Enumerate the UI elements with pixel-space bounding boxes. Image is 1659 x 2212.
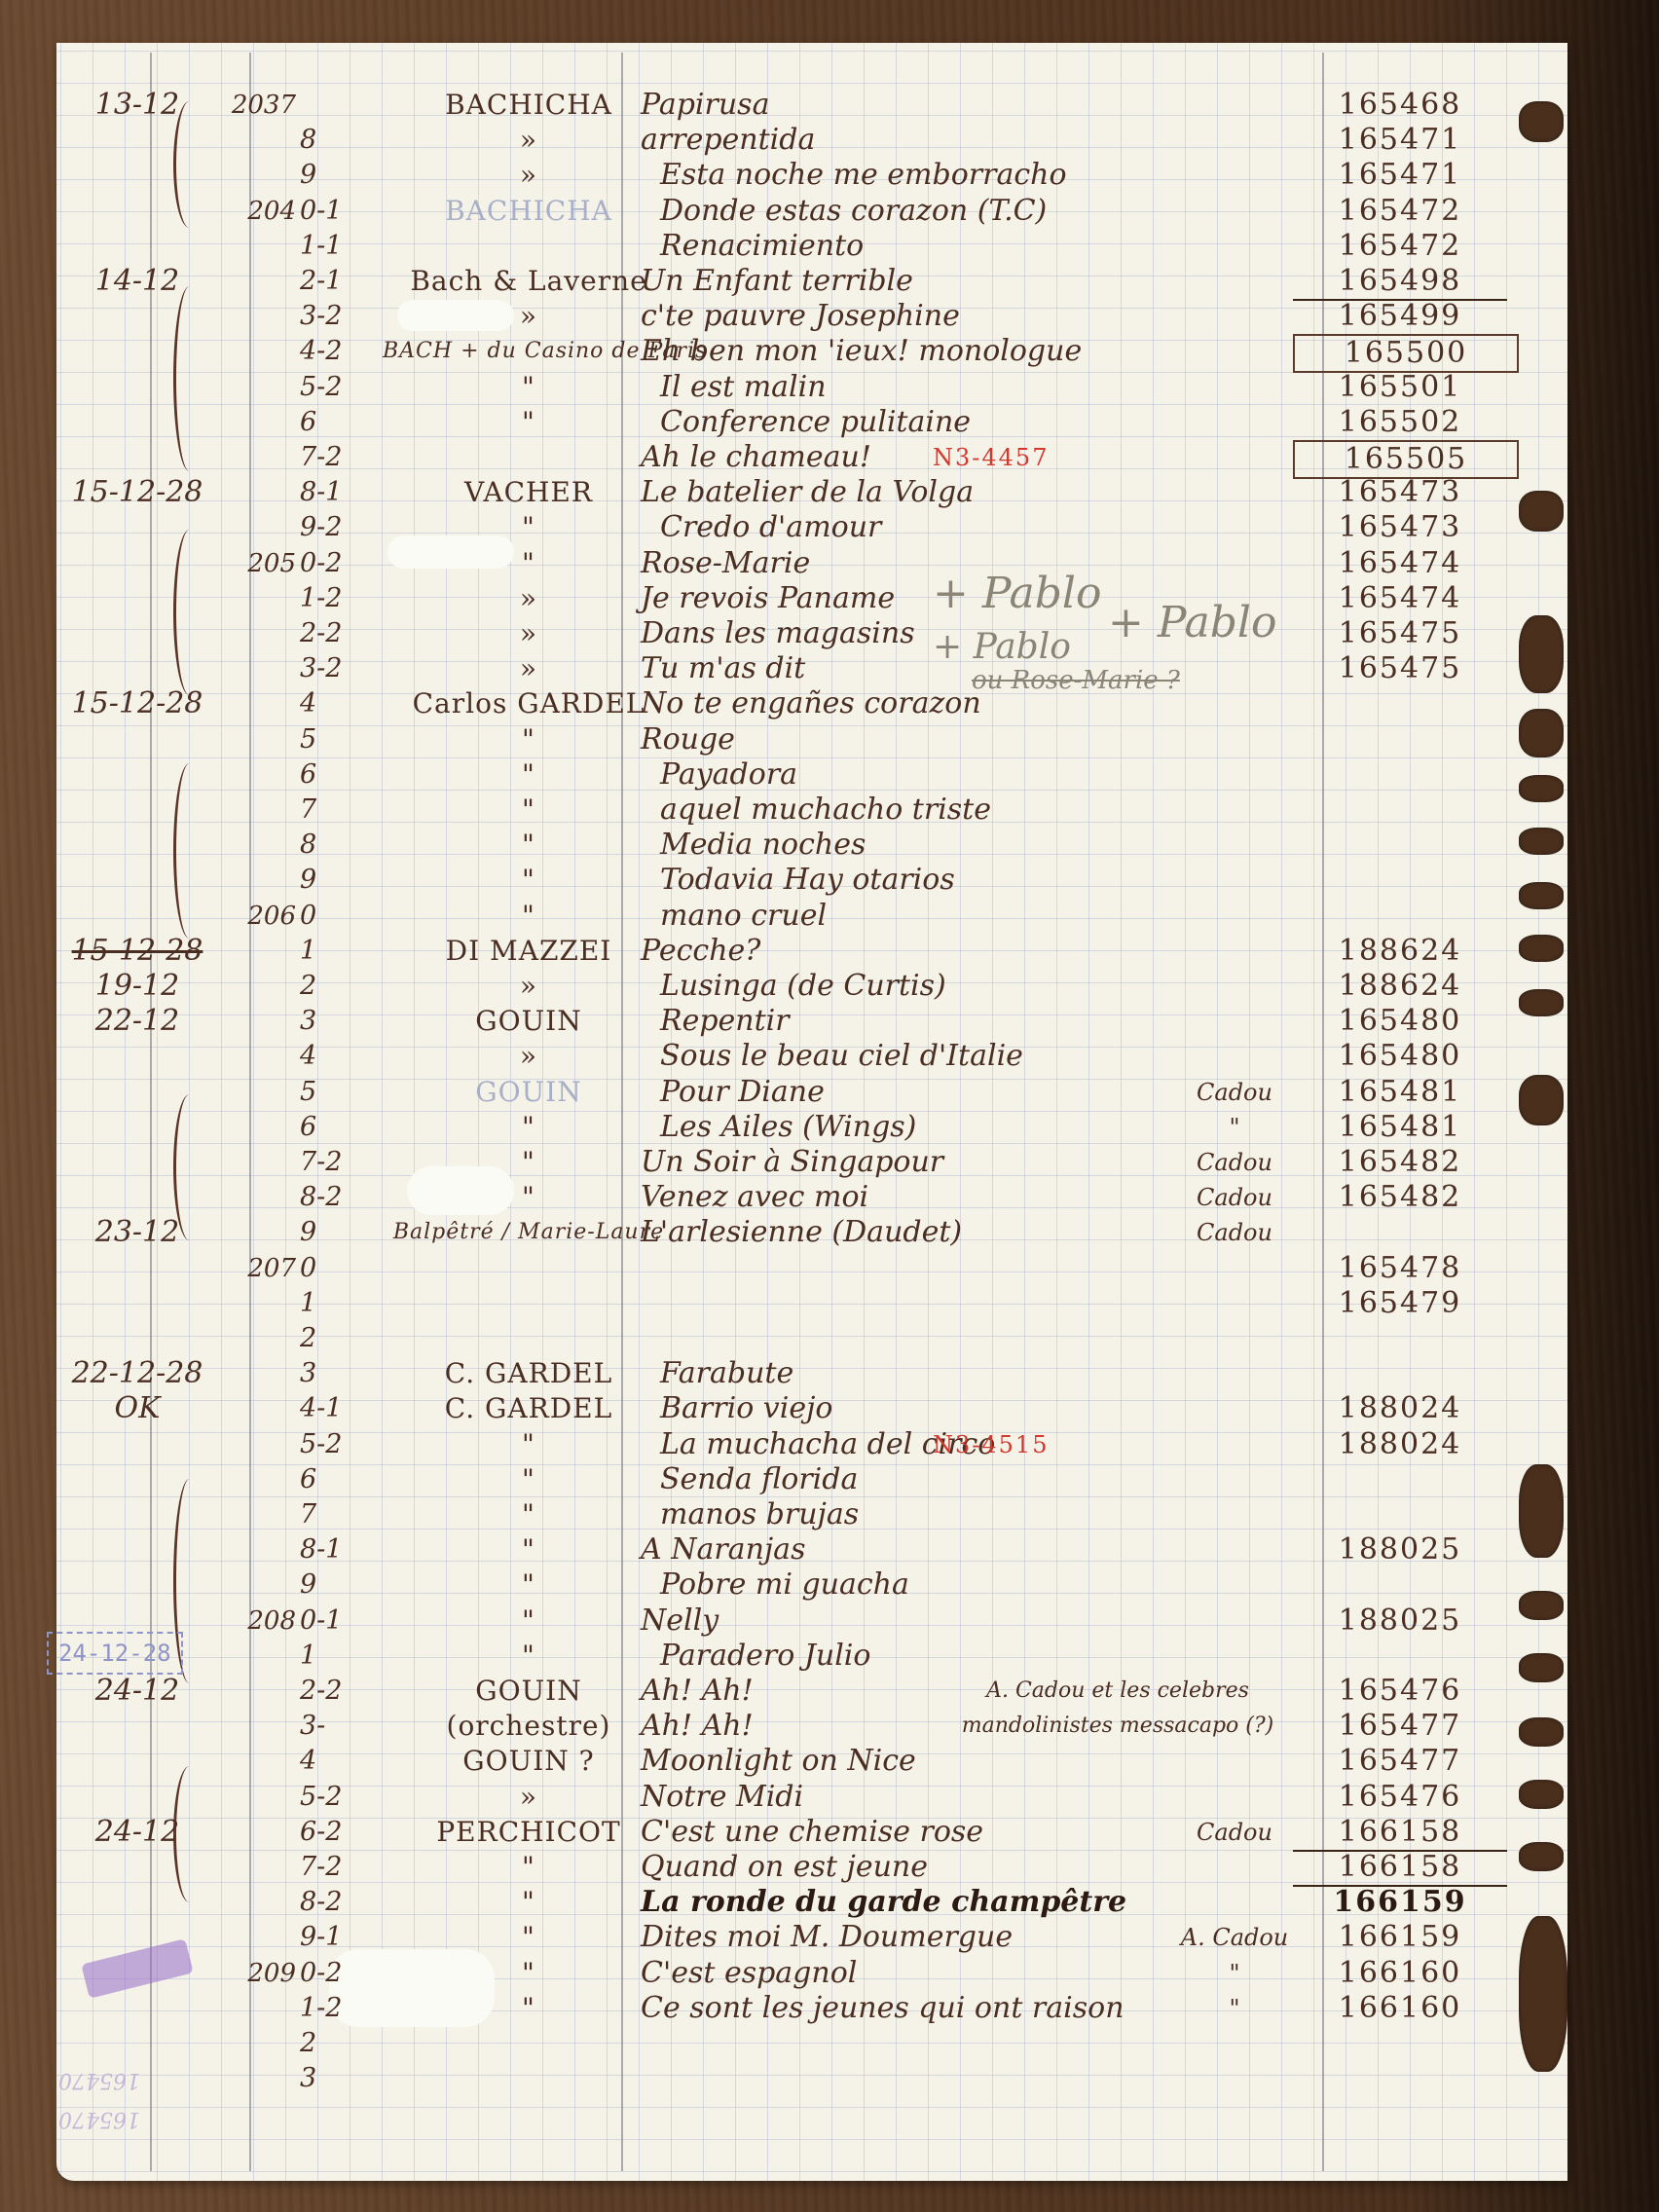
- artist-cell: »: [383, 651, 675, 686]
- ledger-row: 1165479: [56, 1286, 1567, 1321]
- matrix-number-cell: 3: [300, 1356, 378, 1391]
- date-cell: 24-12: [64, 1674, 210, 1709]
- matrix-number-cell: 6-2: [300, 1815, 378, 1850]
- note-cell: A. Cadou et les celebres: [913, 1674, 1322, 1709]
- matrix-number-cell: 3-2: [300, 299, 378, 334]
- title-cell: Dans les magasins: [641, 616, 1283, 651]
- binder-hole: [1519, 491, 1564, 532]
- note-cell: mandolinistes messacapo (?): [913, 1709, 1322, 1744]
- note-cell: N3-4515: [933, 1427, 1147, 1462]
- binder-hole: [1519, 882, 1564, 909]
- date-cell: OK: [64, 1391, 210, 1426]
- ledger-row: 1"Paradero Julio: [56, 1639, 1567, 1674]
- catalog-number-cell: 188025: [1293, 1532, 1507, 1567]
- matrix-number-cell: 1: [300, 934, 378, 969]
- matrix-number-cell: 2: [300, 2026, 378, 2061]
- matrix-number-cell: 2-2: [300, 1674, 378, 1709]
- matrix-number-cell: 9: [300, 1215, 378, 1250]
- catalog-number-cell: 165502: [1293, 405, 1507, 440]
- matrix-number-cell: 8-1: [300, 475, 378, 510]
- ledger-row: 5-2"La muchacha del circoN3-4515188024: [56, 1427, 1567, 1462]
- artist-cell: Carlos GARDEL: [383, 686, 675, 721]
- date-cell: 22-12-28: [64, 1356, 210, 1391]
- title-cell: Pecche?: [641, 934, 1283, 969]
- title-cell: Sous le beau ciel d'Italie: [660, 1039, 1303, 1074]
- ledger-row: 5-2"Il est malin165501: [56, 370, 1567, 405]
- matrix-number-cell: 7: [300, 1497, 378, 1532]
- date-cell: 23-12: [64, 1215, 210, 1250]
- ledger-row: 2070165478: [56, 1251, 1567, 1286]
- ledger-row: 7-2"Quand on est jeune166158: [56, 1850, 1567, 1885]
- artist-cell: Bach & Laverne: [383, 264, 675, 299]
- matrix-number-cell: 2-1: [300, 264, 378, 299]
- artist-cell: ": [383, 405, 675, 440]
- catalog-number-cell: 165505: [1293, 440, 1519, 479]
- catalog-number-cell: 165468: [1293, 88, 1507, 123]
- artist-cell: GOUIN: [383, 1004, 675, 1039]
- ledger-row: 24-126-2PERCHICOTC'est une chemise roseC…: [56, 1815, 1567, 1850]
- artist-cell: »: [383, 616, 675, 651]
- artist-cell: BACHICHA: [383, 194, 675, 229]
- catalog-number-cell: 165481: [1293, 1075, 1507, 1110]
- ledger-row: 8»arrepentida165471: [56, 123, 1567, 158]
- ledger-row: 9-1"Dites moi M. DoumergueA. Cadou166159: [56, 1920, 1567, 1955]
- date-cell: 19-12: [64, 969, 210, 1004]
- title-cell: Nelly: [641, 1604, 1283, 1639]
- title-cell: Farabute: [660, 1356, 1303, 1391]
- ledger-row: 4»Sous le beau ciel d'Italie165480: [56, 1039, 1567, 1074]
- matrix-number-cell: 9-2: [300, 510, 378, 545]
- date-cell: 15-12-28: [64, 934, 210, 969]
- ledger-row: 22-123GOUINRepentir165480: [56, 1004, 1567, 1039]
- matrix-number-cell: 1: [300, 1286, 378, 1321]
- matrix-number-cell: 8: [300, 123, 378, 158]
- title-cell: Lusinga (de Curtis): [660, 969, 1303, 1004]
- matrix-number-cell: 7-2: [300, 440, 378, 475]
- catalog-number-cell: 165482: [1293, 1180, 1507, 1215]
- matrix-number-cell: 0-2: [300, 1956, 378, 1991]
- title-cell: manos brujas: [660, 1497, 1303, 1532]
- catalog-number-cell: 165475: [1293, 616, 1507, 651]
- matrix-number-cell: 4: [300, 1744, 378, 1779]
- catalog-number-cell: 165482: [1293, 1145, 1507, 1180]
- binder-hole: [1519, 1075, 1564, 1125]
- artist-cell: PERCHICOT: [383, 1815, 675, 1850]
- catalog-number-cell: 165475: [1293, 651, 1507, 686]
- title-cell: Il est malin: [660, 370, 1303, 405]
- matrix-number-cell: 3-: [300, 1709, 378, 1744]
- title-cell: Payadora: [660, 757, 1303, 793]
- artist-cell: ": [383, 1850, 675, 1885]
- artist-cell: C. GARDEL: [383, 1391, 675, 1426]
- title-cell: La ronde du garde champêtre: [641, 1885, 1283, 1920]
- catalog-number-cell: 165476: [1293, 1780, 1507, 1815]
- matrix-number-cell: 9: [300, 158, 378, 193]
- artist-cell: »: [383, 1780, 675, 1815]
- matrix-number-cell: 6: [300, 1462, 378, 1497]
- catalog-number-cell: 188024: [1293, 1391, 1507, 1426]
- title-cell: Repentir: [660, 1004, 1303, 1039]
- matrix-number-cell: 0-1: [300, 1604, 378, 1639]
- catalog-number-cell: 165474: [1293, 581, 1507, 616]
- ledger-row: 7"aquel muchacho triste: [56, 793, 1567, 828]
- catalog-number-cell: 165473: [1293, 475, 1507, 510]
- ledger-row: 8-2"La ronde du garde champêtre166159: [56, 1885, 1567, 1920]
- date-cell: 15-12-28: [64, 475, 210, 510]
- title-cell: Je revois Paname: [641, 581, 1283, 616]
- ledger-row: 7"manos brujas: [56, 1497, 1567, 1532]
- ledger-row: 3-2»c'te pauvre Josephine165499: [56, 299, 1567, 334]
- ledger-row: 5-2»Notre Midi165476: [56, 1780, 1567, 1815]
- artist-cell: ": [383, 1639, 675, 1674]
- catalog-number-cell: 165472: [1293, 194, 1507, 229]
- matrix-number-cell: 1-2: [300, 1991, 378, 2026]
- ledger-row: 22-12-283C. GARDELFarabute: [56, 1356, 1567, 1391]
- binder-hole: [1519, 1464, 1564, 1558]
- ledger-row: 8-1"A Naranjas188025: [56, 1532, 1567, 1567]
- ledger-page: 24-12-28 165470 165470 + Pablo + Pablo +…: [56, 43, 1567, 2181]
- artist-cell: »: [383, 581, 675, 616]
- title-cell: Rose-Marie: [641, 546, 1283, 581]
- binder-hole: [1519, 1591, 1564, 1620]
- catalog-number-cell: 165473: [1293, 510, 1507, 545]
- ledger-row: 8-2"Venez avec moiCadou165482: [56, 1180, 1567, 1215]
- title-cell: Esta noche me emborracho: [660, 158, 1303, 193]
- catalog-number-cell: 166160: [1293, 1991, 1507, 2026]
- ledger-row: 2-2»Dans les magasins165475: [56, 616, 1567, 651]
- matrix-number-cell: 0: [300, 899, 378, 934]
- title-cell: Notre Midi: [641, 1780, 1283, 1815]
- matrix-number-cell: 9: [300, 1567, 378, 1603]
- artist-cell: ": [383, 899, 675, 934]
- catalog-number-cell: 188024: [1293, 1427, 1507, 1462]
- matrix-number-cell: 5-2: [300, 1780, 378, 1815]
- artist-cell: ": [383, 1427, 675, 1462]
- matrix-number-cell: 7: [300, 793, 378, 828]
- matrix-number-cell: 5-2: [300, 370, 378, 405]
- title-cell: Senda florida: [660, 1462, 1303, 1497]
- artist-cell: ": [383, 1567, 675, 1603]
- catalog-number-cell: 166158: [1293, 1815, 1507, 1852]
- artist-cell: ": [383, 1604, 675, 1639]
- date-cell: 22-12: [64, 1004, 210, 1039]
- binder-hole: [1519, 101, 1564, 142]
- matrix-number-cell: 7-2: [300, 1850, 378, 1885]
- matrix-number-cell: 4-2: [300, 334, 378, 369]
- matrix-number-cell: 7-2: [300, 1145, 378, 1180]
- artist-cell: ": [383, 1956, 675, 1991]
- binder-hole: [1519, 615, 1564, 693]
- ledger-row: 9"Todavia Hay otarios: [56, 863, 1567, 898]
- title-cell: arrepentida: [641, 123, 1283, 158]
- title-cell: Media noches: [660, 828, 1303, 863]
- artist-cell: »: [383, 299, 675, 334]
- ledger-row: 9"Pobre mi guacha: [56, 1567, 1567, 1603]
- ledger-row: 15-12-284Carlos GARDELNo te engañes cora…: [56, 686, 1567, 721]
- matrix-number-cell: 8-1: [300, 1532, 378, 1567]
- matrix-prefix-cell: 208: [220, 1604, 296, 1639]
- ledger-row: 1-1Renacimiento165472: [56, 229, 1567, 264]
- catalog-number-cell: 165481: [1293, 1110, 1507, 1145]
- binder-hole: [1519, 935, 1564, 962]
- title-cell: Eh ben mon 'ieux! monologue: [641, 334, 1283, 369]
- artist-cell: ": [383, 828, 675, 863]
- catalog-number-cell: 165498: [1293, 264, 1507, 301]
- catalog-number-cell: 188624: [1293, 934, 1507, 969]
- artist-cell: GOUIN: [383, 1075, 675, 1110]
- ledger-row: 3-2»Tu m'as dit165475: [56, 651, 1567, 686]
- title-cell: Papirusa: [641, 88, 1283, 123]
- ledger-row: 6"Conference pulitaine165502: [56, 405, 1567, 440]
- date-cell: 24-12: [64, 1815, 210, 1850]
- ledger-row: 1-2"Ce sont les jeunes qui ont raison"16…: [56, 1991, 1567, 2026]
- matrix-number-cell: 1-1: [300, 229, 378, 264]
- matrix-number-cell: 2-2: [300, 616, 378, 651]
- catalog-number-cell: 165499: [1293, 299, 1507, 334]
- date-cell: 15-12-28: [64, 686, 210, 721]
- matrix-number-cell: 8: [300, 828, 378, 863]
- ledger-row: 8"Media noches: [56, 828, 1567, 863]
- binder-hole: [1519, 828, 1564, 855]
- title-cell: Barrio viejo: [660, 1391, 1303, 1426]
- catalog-number-cell: 165477: [1293, 1709, 1507, 1744]
- ledger-row: 7-2"Un Soir à SingapourCadou165482: [56, 1145, 1567, 1180]
- title-cell: Le batelier de la Volga: [641, 475, 1283, 510]
- catalog-number-cell: 165480: [1293, 1039, 1507, 1074]
- ledger-row: 6"Les Ailes (Wings)"165481: [56, 1110, 1567, 1145]
- binder-hole: [1519, 1717, 1564, 1747]
- ledger-row: 2060"mano cruel: [56, 899, 1567, 934]
- catalog-number-cell: 166159: [1293, 1920, 1507, 1955]
- binder-hole: [1519, 775, 1564, 802]
- artist-cell: ": [383, 1532, 675, 1567]
- artist-cell: ": [383, 370, 675, 405]
- ledger-row: 1-2»Je revois Paname165474: [56, 581, 1567, 616]
- artist-cell: ": [383, 1991, 675, 2026]
- title-cell: aquel muchacho triste: [660, 793, 1303, 828]
- catalog-number-cell: 165477: [1293, 1744, 1507, 1779]
- ledger-row: 2: [56, 1321, 1567, 1356]
- matrix-number-cell: 0: [300, 1251, 378, 1286]
- artist-cell: ": [383, 546, 675, 581]
- ledger-row: 6"Senda florida: [56, 1462, 1567, 1497]
- artist-cell: Balpêtré / Marie-Laure: [383, 1215, 675, 1250]
- title-cell: Renacimiento: [660, 229, 1303, 264]
- ledger-row: 2040-1BACHICHADonde estas corazon (T.C)1…: [56, 194, 1567, 229]
- catalog-number-cell: 166158: [1293, 1850, 1507, 1887]
- catalog-number-cell: 165472: [1293, 229, 1507, 264]
- note-cell: N3-4457: [933, 440, 1147, 475]
- ledger-row: 23-129Balpêtré / Marie-LaureL'arlesienne…: [56, 1215, 1567, 1250]
- ledger-row: 9-2"Credo d'amour165473: [56, 510, 1567, 545]
- matrix-number-cell: 0-2: [300, 546, 378, 581]
- ledger-row: 4GOUIN ?Moonlight on Nice165477: [56, 1744, 1567, 1779]
- matrix-number-cell: 8-2: [300, 1885, 378, 1920]
- matrix-number-cell: 3: [300, 1004, 378, 1039]
- artist-cell: ": [383, 1110, 675, 1145]
- artist-cell: GOUIN: [383, 1674, 675, 1709]
- catalog-number-cell: 165471: [1293, 123, 1507, 158]
- ledger-row: 3: [56, 2061, 1567, 2096]
- catalog-number-cell: 165474: [1293, 546, 1507, 581]
- artist-cell: C. GARDEL: [383, 1356, 675, 1391]
- ledger-row: 6"Payadora: [56, 757, 1567, 793]
- matrix-number-cell: 4: [300, 686, 378, 721]
- title-cell: Credo d'amour: [660, 510, 1303, 545]
- matrix-number-cell: 2: [300, 1321, 378, 1356]
- artist-cell: (orchestre): [383, 1709, 675, 1744]
- artist-cell: ": [383, 1462, 675, 1497]
- ledger-row: 3-(orchestre)Ah! Ah!mandolinistes messac…: [56, 1709, 1567, 1744]
- artist-cell: ": [383, 1145, 675, 1180]
- artist-cell: »: [383, 969, 675, 1004]
- binder-hole: [1519, 1780, 1564, 1809]
- catalog-number-cell: 165479: [1293, 1286, 1507, 1321]
- title-cell: Todavia Hay otarios: [660, 863, 1303, 898]
- matrix-number-cell: 4-1: [300, 1391, 378, 1426]
- artist-cell: ": [383, 757, 675, 793]
- title-cell: c'te pauvre Josephine: [641, 299, 1283, 334]
- catalog-number-cell: 165478: [1293, 1251, 1507, 1286]
- matrix-number-cell: 9: [300, 863, 378, 898]
- matrix-number-cell: 1: [300, 1639, 378, 1674]
- title-cell: Moonlight on Nice: [641, 1744, 1283, 1779]
- ledger-row: 19-122»Lusinga (de Curtis)188624: [56, 969, 1567, 1004]
- artist-cell: VACHER: [383, 475, 675, 510]
- matrix-number-cell: 4: [300, 1039, 378, 1074]
- matrix-number-cell: 6: [300, 757, 378, 793]
- title-cell: No te engañes corazon: [641, 686, 1283, 721]
- ledger-row: 14-122-1Bach & LaverneUn Enfant terrible…: [56, 264, 1567, 299]
- catalog-number-cell: 188624: [1293, 969, 1507, 1004]
- ledger-row: 15-12-288-1VACHERLe batelier de la Volga…: [56, 475, 1567, 510]
- binder-hole: [1519, 989, 1564, 1016]
- matrix-number-cell: 3: [300, 2061, 378, 2096]
- faded-catalog-number: 165470: [58, 2107, 140, 2131]
- catalog-number-cell: 165480: [1293, 1004, 1507, 1039]
- ledger-row: 2090-2"C'est espagnol"166160: [56, 1956, 1567, 1991]
- artist-cell: ": [383, 793, 675, 828]
- artist-cell: »: [383, 123, 675, 158]
- ledger-row: 5GOUINPour DianeCadou165481: [56, 1075, 1567, 1110]
- matrix-prefix-cell: 209: [220, 1956, 296, 1991]
- catalog-number-cell: 165500: [1293, 334, 1519, 373]
- catalog-number-cell: 165501: [1293, 370, 1507, 405]
- date-cell: 13-12: [64, 88, 210, 123]
- matrix-prefix-cell: 207: [220, 1251, 296, 1286]
- catalog-number-cell: 165476: [1293, 1674, 1507, 1709]
- ledger-row: 13-122037BACHICHAPapirusa165468: [56, 88, 1567, 123]
- title-cell: Conference pulitaine: [660, 405, 1303, 440]
- matrix-number-cell: 5-2: [300, 1427, 378, 1462]
- artist-cell: ": [383, 722, 675, 757]
- artist-cell: ": [383, 510, 675, 545]
- matrix-prefix-cell: 2037: [220, 88, 296, 123]
- binder-hole: [1519, 1916, 1567, 2072]
- ledger-row: 2: [56, 2026, 1567, 2061]
- ledger-row: 2050-2"Rose-Marie165474: [56, 546, 1567, 581]
- title-cell: Rouge: [641, 722, 1283, 757]
- artist-cell: ": [383, 1180, 675, 1215]
- matrix-number-cell: 6: [300, 405, 378, 440]
- catalog-number-cell: 165471: [1293, 158, 1507, 193]
- ledger-row: OK4-1C. GARDELBarrio viejo188024: [56, 1391, 1567, 1426]
- ledger-row: 24-122-2GOUINAh! Ah!A. Cadou et les cele…: [56, 1674, 1567, 1709]
- catalog-number-cell: 188025: [1293, 1604, 1507, 1639]
- ledger-row: 5"Rouge: [56, 722, 1567, 757]
- ledger-row: 4-2BACH + du Casino de ParisEh ben mon '…: [56, 334, 1567, 369]
- matrix-prefix-cell: 206: [220, 899, 296, 934]
- title-cell: Donde estas corazon (T.C): [660, 194, 1303, 229]
- ledger-row: 7-2Ah le chameau!N3-4457165505: [56, 440, 1567, 475]
- matrix-number-cell: 3-2: [300, 651, 378, 686]
- note-cell: Cadou: [1127, 1215, 1342, 1250]
- artist-cell: »: [383, 158, 675, 193]
- artist-cell: »: [383, 1039, 675, 1074]
- matrix-number-cell: 5: [300, 722, 378, 757]
- ledger-row: 9»Esta noche me emborracho165471: [56, 158, 1567, 193]
- title-cell: Un Enfant terrible: [641, 264, 1283, 299]
- title-cell: Paradero Julio: [660, 1639, 1303, 1674]
- title-cell: A Naranjas: [641, 1532, 1283, 1567]
- title-cell: Tu m'as dit: [641, 651, 1283, 686]
- matrix-prefix-cell: 204: [220, 194, 296, 229]
- matrix-number-cell: 6: [300, 1110, 378, 1145]
- date-cell: 14-12: [64, 264, 210, 299]
- artist-cell: ": [383, 1885, 675, 1920]
- artist-cell: BACH + du Casino de Paris: [383, 334, 675, 369]
- catalog-number-cell: 166159: [1293, 1885, 1507, 1920]
- binder-hole: [1519, 1653, 1564, 1682]
- matrix-prefix-cell: 205: [220, 546, 296, 581]
- matrix-number-cell: 9-1: [300, 1920, 378, 1955]
- title-cell: mano cruel: [660, 899, 1303, 934]
- artist-cell: BACHICHA: [383, 88, 675, 123]
- matrix-number-cell: 8-2: [300, 1180, 378, 1215]
- ledger-row: 15-12-281DI MAZZEIPecche?188624: [56, 934, 1567, 969]
- artist-cell: ": [383, 863, 675, 898]
- catalog-number-cell: 166160: [1293, 1956, 1507, 1991]
- title-cell: Quand on est jeune: [641, 1850, 1283, 1885]
- matrix-number-cell: 2: [300, 969, 378, 1004]
- artist-cell: DI MAZZEI: [383, 934, 675, 969]
- binder-hole: [1519, 709, 1564, 757]
- artist-cell: ": [383, 1920, 675, 1955]
- artist-cell: GOUIN ?: [383, 1744, 675, 1779]
- ledger-row: 24-12-282080-1"Nelly188025: [56, 1604, 1567, 1639]
- matrix-number-cell: 5: [300, 1075, 378, 1110]
- matrix-number-cell: 0-1: [300, 194, 378, 229]
- artist-cell: ": [383, 1497, 675, 1532]
- matrix-number-cell: 1-2: [300, 581, 378, 616]
- binder-hole: [1519, 1842, 1564, 1871]
- title-cell: Pobre mi guacha: [660, 1567, 1303, 1603]
